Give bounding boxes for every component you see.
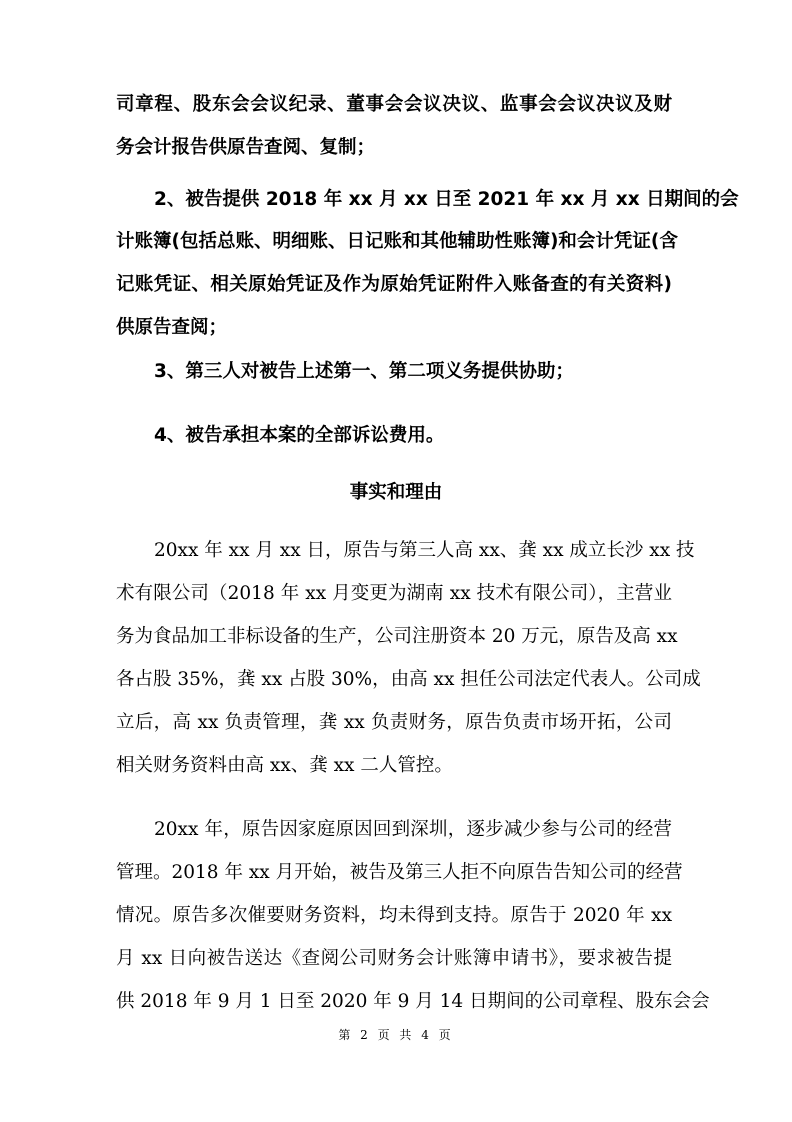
claim-4-line-1: 4、被告承担本案的全部诉讼费用。 bbox=[154, 424, 672, 448]
section-heading: 事实和理由 bbox=[0, 481, 792, 505]
fact-2-line-2: 管理。2018 年 xx 月开始，被告及第三人拒不向原告告知公司的经营 bbox=[116, 861, 672, 885]
fact-2-line-5: 供 2018 年 9 月 1 日至 2020 年 9 月 14 日期间的公司章程… bbox=[116, 990, 672, 1014]
page-number-footer: 第 2 页 共 4 页 bbox=[0, 1027, 792, 1043]
fact-2-line-1: 20xx 年，原告因家庭原因回到深圳，逐步减少参与公司的经营 bbox=[154, 818, 672, 842]
fact-1-line-1: 20xx 年 xx 月 xx 日，原告与第三人高 xx、龚 xx 成立长沙 xx… bbox=[154, 539, 672, 563]
fact-1-line-5: 立后，高 xx 负责管理，龚 xx 负责财务，原告负责市场开拓，公司 bbox=[116, 711, 672, 735]
claim-2-line-4: 供原告查阅； bbox=[116, 316, 672, 340]
fact-2-line-3: 情况。原告多次催要财务资料，均未得到支持。原告于 2020 年 xx bbox=[116, 904, 672, 928]
fact-1-line-4: 各占股 35%，龚 xx 占股 30%，由高 xx 担任公司法定代表人。公司成 bbox=[116, 668, 672, 692]
fact-1-line-3: 务为食品加工非标设备的生产，公司注册资本 20 万元，原告及高 xx bbox=[116, 625, 672, 649]
claim-3-line-1: 3、第三人对被告上述第一、第二项义务提供协助； bbox=[154, 360, 672, 384]
claim-2-line-1: 2、被告提供 2018 年 xx 月 xx 日至 2021 年 xx 月 xx … bbox=[154, 188, 672, 212]
fact-2-line-4: 月 xx 日向被告送达《查阅公司财务会计账簿申请书》，要求被告提 bbox=[116, 947, 672, 971]
claim-1-line-2: 务会计报告供原告查阅、复制； bbox=[116, 136, 672, 160]
document-page: 司章程、股东会会议纪录、董事会会议决议、监事会会议决议及财 务会计报告供原告查阅… bbox=[0, 0, 792, 1122]
claim-1-line-1: 司章程、股东会会议纪录、董事会会议决议、监事会会议决议及财 bbox=[116, 93, 672, 117]
claim-2-line-2: 计账簿(包括总账、明细账、日记账和其他辅助性账簿)和会计凭证(含 bbox=[116, 230, 672, 254]
fact-1-line-2: 术有限公司（2018 年 xx 月变更为湖南 xx 技术有限公司），主营业 bbox=[116, 582, 672, 606]
fact-1-line-6: 相关财务资料由高 xx、龚 xx 二人管控。 bbox=[116, 754, 672, 778]
claim-2-line-3: 记账凭证、相关原始凭证及作为原始凭证附件入账备查的有关资料) bbox=[116, 273, 672, 297]
